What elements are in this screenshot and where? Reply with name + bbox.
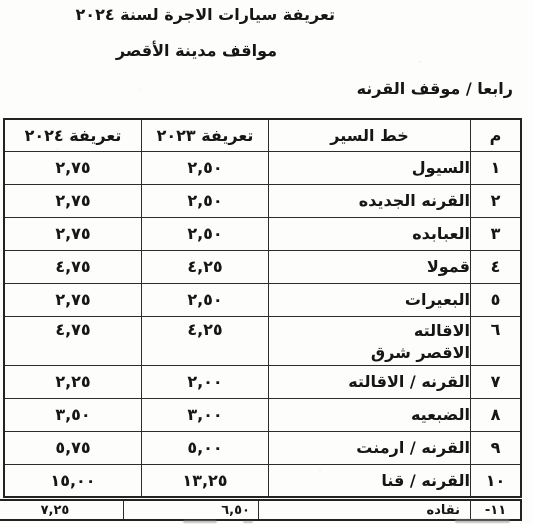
- table-row-naqada: ١١- نقاده ٦,٥٠ ٧,٢٥: [0, 500, 521, 520]
- row-index: ٤: [471, 250, 522, 283]
- route-name: القرنه / الاقالته: [269, 372, 470, 391]
- route-name: القرنه / ارمنت: [269, 438, 470, 457]
- header-index: م: [471, 119, 522, 151]
- tariff-2024-cell: ٧,٢٥: [0, 500, 124, 520]
- route-cell: الاقالته الاقصر شرق: [269, 316, 471, 365]
- route-name: قمولا: [269, 257, 470, 276]
- tariff-2024-cell: ٢,٧٥: [4, 184, 142, 217]
- row-index: ٦: [471, 316, 522, 365]
- route-name: الاقالته: [269, 320, 470, 342]
- scanned-document-page: { "page": { "title_line1": "تعريفة سيارا…: [0, 0, 533, 524]
- tariff-2023-cell: ٢,٥٠: [142, 283, 269, 316]
- row-index: ٩: [471, 431, 522, 464]
- table-row: ٧ القرنه / الاقالته ٢,٠٠ ٢,٢٥: [4, 365, 521, 398]
- tariff-2024-cell: ٣,٥٠: [4, 398, 142, 431]
- cutoff-text-smudge: [243, 521, 253, 523]
- tariff-2024-cell: ٥,٧٥: [4, 431, 142, 464]
- table-row: ١٠ القرنه / قنا ١٣,٢٥ ١٥,٠٠: [4, 464, 521, 497]
- route-cell: العبابده: [269, 217, 471, 250]
- table-row: ٣ العبابده ٢,٥٠ ٢,٧٥: [4, 217, 521, 250]
- route-name: الضبعيه: [269, 405, 470, 424]
- row-index: ٢: [471, 184, 522, 217]
- route-cell: السيول: [269, 151, 471, 184]
- row-index: ٥: [471, 283, 522, 316]
- route-name: السيول: [269, 158, 470, 177]
- tariff-2023-cell: ٤,٢٥: [142, 250, 269, 283]
- document-subtitle: مواقف مدينة الأقصر: [116, 41, 277, 60]
- header-row: م خط السير تعريفة ٢٠٢٣ تعريفة ٢٠٢٤: [4, 119, 521, 151]
- tariff-2024-cell: ٢,٧٥: [4, 217, 142, 250]
- table-row: ٦ الاقالته الاقصر شرق ٤,٢٥ ٤,٧٥: [4, 316, 521, 365]
- tariff-2024-cell: ١٥,٠٠: [4, 464, 142, 497]
- route-cell: القرنه / ارمنت: [269, 431, 471, 464]
- tariff-2024-cell: ٢,٧٥: [4, 283, 142, 316]
- table-row: ١ السيول ٢,٥٠ ٢,٧٥: [4, 151, 521, 184]
- header-route: خط السير: [269, 119, 471, 151]
- table-row: ٤ قمولا ٤,٢٥ ٤,٧٥: [4, 250, 521, 283]
- tariff-2023-cell: ٣,٠٠: [142, 398, 269, 431]
- tariff-table: م خط السير تعريفة ٢٠٢٣ تعريفة ٢٠٢٤ ١ الس…: [3, 118, 522, 498]
- tariff-2024-cell: ٢,٢٥: [4, 365, 142, 398]
- cutoff-text-smudge: [183, 520, 217, 523]
- row-index: ٣: [471, 217, 522, 250]
- route-cell: قمولا: [269, 250, 471, 283]
- route-name: القرنه / قنا: [269, 471, 470, 490]
- tariff-2024-cell: ٢,٧٥: [4, 151, 142, 184]
- section-heading: رابعا / موقف القرنه: [357, 79, 513, 98]
- route-cell: القرنه الجديده: [269, 184, 471, 217]
- header-tariff-2023: تعريفة ٢٠٢٣: [142, 119, 269, 151]
- tariff-2023-cell: ٢,٥٠: [142, 184, 269, 217]
- route-name: البعيرات: [269, 290, 470, 309]
- tariff-2023-cell: ٦,٥٠: [124, 500, 259, 520]
- tariff-2024-cell: ٤,٧٥: [4, 316, 142, 365]
- tariff-table-body: ١ السيول ٢,٥٠ ٢,٧٥ ٢ القرنه الجديده ٢,٥٠…: [4, 151, 521, 497]
- route-cell: القرنه / قنا: [269, 464, 471, 497]
- table-row: ٩ القرنه / ارمنت ٥,٠٠ ٥,٧٥: [4, 431, 521, 464]
- row-index: ١٠: [471, 464, 522, 497]
- route-cell: القرنه / الاقالته: [269, 365, 471, 398]
- row-index: ٨: [471, 398, 522, 431]
- tariff-2023-cell: ١٣,٢٥: [142, 464, 269, 497]
- tariff-2023-cell: ٢,٥٠: [142, 151, 269, 184]
- table-row: ٥ البعيرات ٢,٥٠ ٢,٧٥: [4, 283, 521, 316]
- tariff-2023-cell: ٢,٥٠: [142, 217, 269, 250]
- table-row: ٢ القرنه الجديده ٢,٥٠ ٢,٧٥: [4, 184, 521, 217]
- tariff-2023-cell: ٥,٠٠: [142, 431, 269, 464]
- table-row: ٨ الضبعيه ٣,٠٠ ٣,٥٠: [4, 398, 521, 431]
- route-name-line2: الاقصر شرق: [269, 342, 470, 364]
- row-index: ١: [471, 151, 522, 184]
- row-index: ٧: [471, 365, 522, 398]
- route-name: القرنه الجديده: [269, 191, 470, 210]
- header-tariff-2024: تعريفة ٢٠٢٤: [4, 119, 142, 151]
- tariff-2023-cell: ٤,٢٥: [142, 316, 269, 365]
- route-cell: الضبعيه: [269, 398, 471, 431]
- tariff-table-continuation: ١١- نقاده ٦,٥٠ ٧,٢٥: [0, 499, 522, 521]
- document-title: تعريفة سيارات الاجرة لسنة ٢٠٢٤: [76, 5, 335, 24]
- route-name: العبابده: [269, 224, 470, 243]
- route-cell: نقاده: [259, 500, 471, 520]
- row-index: ١١-: [471, 500, 522, 520]
- tariff-2023-cell: ٢,٠٠: [142, 365, 269, 398]
- tariff-2024-cell: ٤,٧٥: [4, 250, 142, 283]
- route-cell: البعيرات: [269, 283, 471, 316]
- cutoff-text-smudge: [455, 519, 510, 523]
